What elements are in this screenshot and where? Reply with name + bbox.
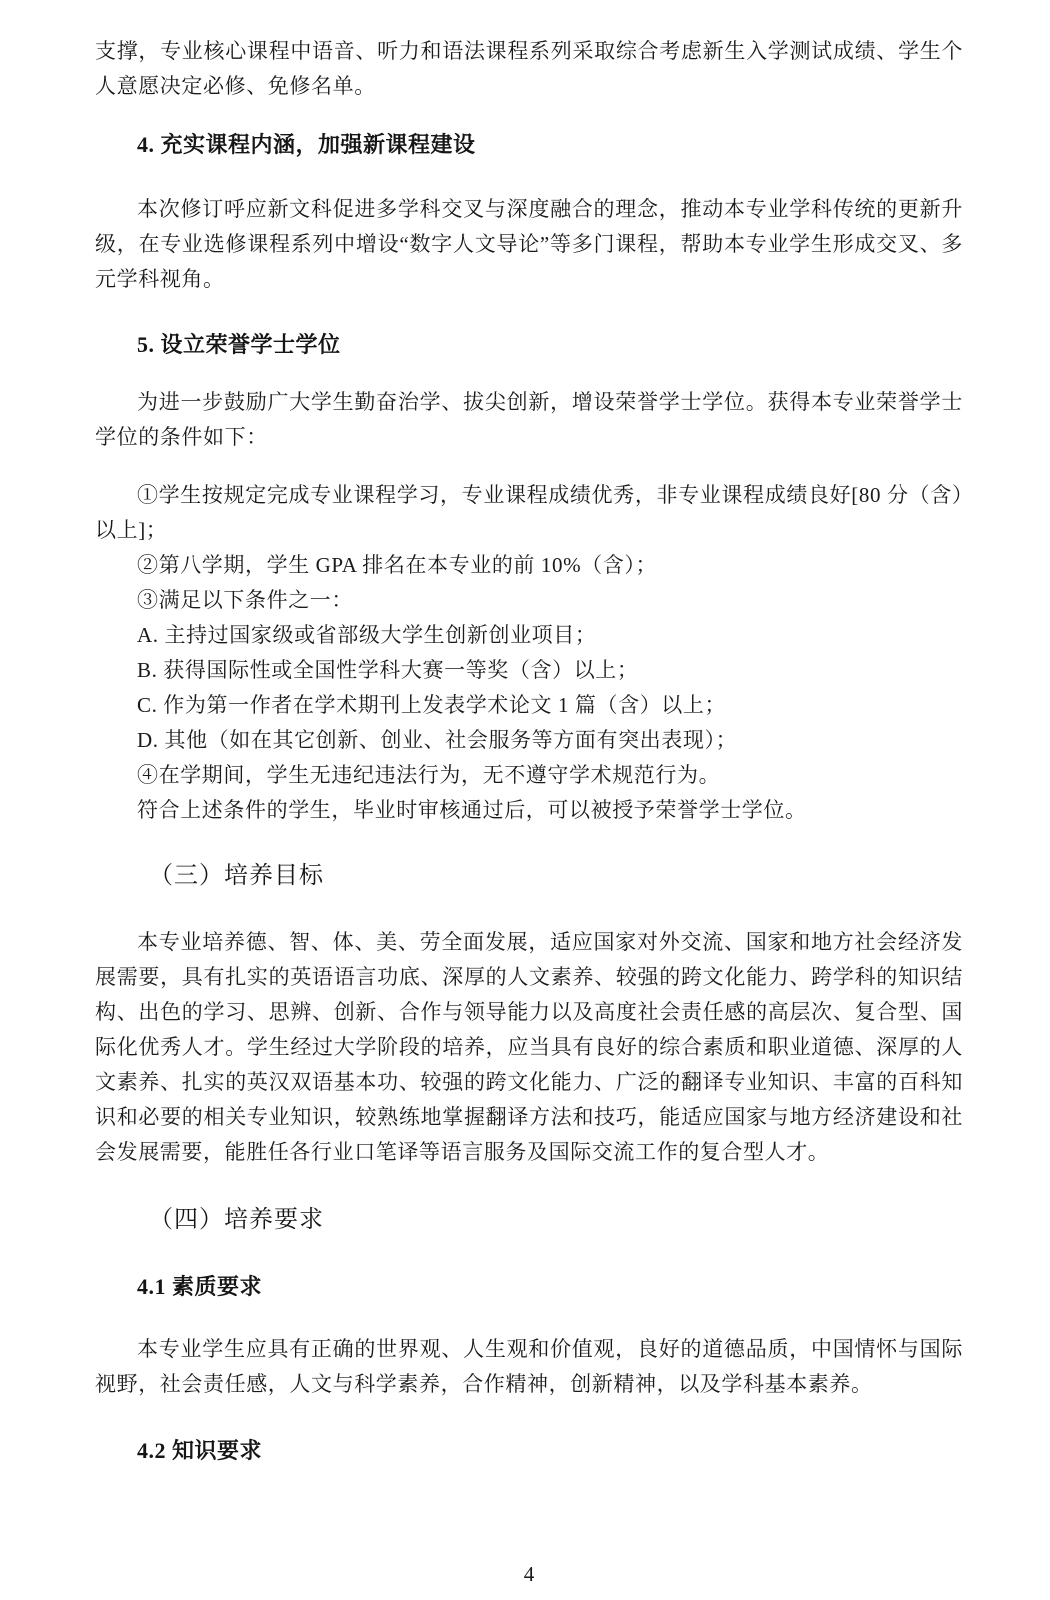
heading-4-2-knowledge-requirements: 4.2 知识要求 xyxy=(95,1433,963,1469)
paragraph-training-objectives: 本专业培养德、智、体、美、劳全面发展，适应国家对外交流、国家和地方社会经济发展需… xyxy=(95,925,963,1170)
list-item-condition-3b: B. 获得国际性或全国性学科大赛一等奖（含）以上； xyxy=(95,653,963,688)
paragraph-quality-requirements: 本专业学生应具有正确的世界观、人生观和价值观，良好的道德品质，中国情怀与国际视野… xyxy=(95,1332,963,1402)
paragraph-honors-intro: 为进一步鼓励广大学生勤奋治学、拔尖创新，增设荣誉学士学位。获得本专业荣誉学士学位… xyxy=(95,385,963,455)
page-number: 4 xyxy=(95,1557,963,1592)
list-item-condition-3a: A. 主持过国家级或省部级大学生创新创业项目； xyxy=(95,618,963,653)
list-item-condition-4: ④在学期间，学生无违纪违法行为，无不遵守学术规范行为。 xyxy=(95,758,963,793)
list-item-condition-1: ①学生按规定完成专业课程学习，专业课程成绩优秀，非专业课程成绩良好[80 分（含… xyxy=(95,478,963,548)
list-item-condition-3c: C. 作为第一作者在学术期刊上发表学术论文 1 篇（含）以上； xyxy=(95,688,963,723)
document-page: 支撑，专业核心课程中语音、听力和语法课程系列采取综合考虑新生入学测试成绩、学生个… xyxy=(0,0,1050,1600)
heading-4-1-quality-requirements: 4.1 素质要求 xyxy=(95,1269,963,1305)
list-item-conclusion: 符合上述条件的学生，毕业时审核通过后，可以被授予荣誉学士学位。 xyxy=(95,793,963,828)
paragraph-continuation: 支撑，专业核心课程中语音、听力和语法课程系列采取综合考虑新生入学测试成绩、学生个… xyxy=(95,34,963,104)
section-heading-4-training-requirements: （四）培养要求 xyxy=(95,1200,963,1240)
heading-5-honors-degree: 5. 设立荣誉学士学位 xyxy=(95,327,963,363)
heading-4-enrich-course-content: 4. 充实课程内涵，加强新课程建设 xyxy=(95,127,963,163)
list-item-condition-3d: D. 其他（如在其它创新、创业、社会服务等方面有突出表现）； xyxy=(95,723,963,758)
honors-conditions-list: ①学生按规定完成专业课程学习，专业课程成绩优秀，非专业课程成绩良好[80 分（含… xyxy=(95,478,963,828)
list-item-condition-3: ③满足以下条件之一： xyxy=(95,583,963,618)
paragraph-new-liberal-arts: 本次修订呼应新文科促进多学科交叉与深度融合的理念，推动本专业学科传统的更新升级，… xyxy=(95,192,963,297)
list-item-condition-2: ②第八学期，学生 GPA 排名在本专业的前 10%（含）； xyxy=(95,548,963,583)
section-heading-3-training-objectives: （三）培养目标 xyxy=(95,856,963,896)
